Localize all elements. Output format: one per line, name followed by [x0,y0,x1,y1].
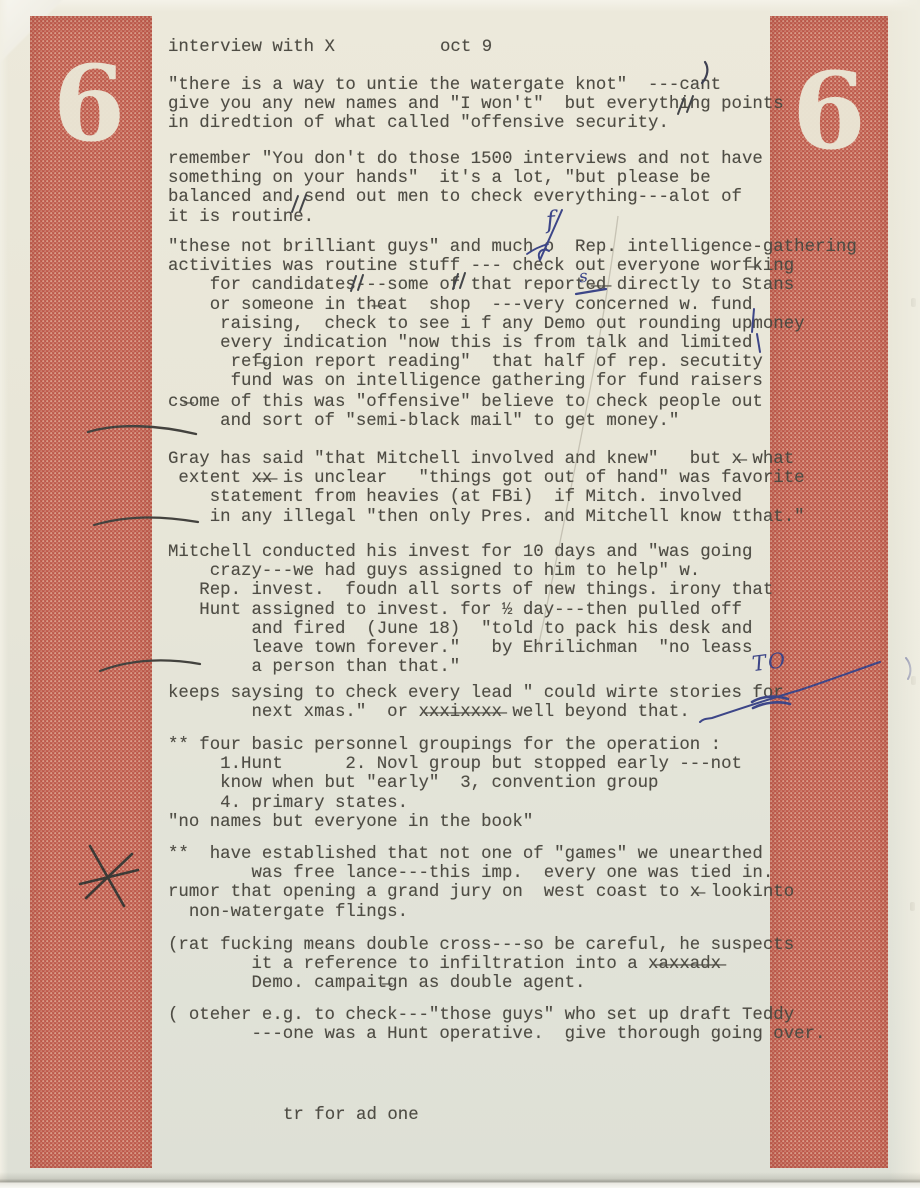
typed-line: or someone in th̶eat shop ---very concer… [168,296,857,315]
page-number-right: 6 [772,58,886,164]
typed-line: and sort of "semi-black mail" to get mon… [168,412,763,431]
typed-paragraph: Gray has said "that Mitchell involved an… [168,450,805,527]
typed-line: and fired (June 18) "told to pack his de… [168,620,773,639]
typed-line: 1.Hunt 2. Novl group but stopped early -… [168,755,742,774]
typed-line: balanced and send out men to check every… [168,188,763,207]
typed-paragraph: cs̶ome of this was "offensive" believe t… [168,393,763,431]
typed-line: Rep. invest. foudn all sorts of new thin… [168,581,773,600]
typed-paragraph: "these not brilliant guys" and much o Re… [168,238,857,392]
typed-line: Mitchell conducted his invest for 10 day… [168,543,773,562]
scanned-page: 6 6 interview with X oct 9 "there is a w… [0,0,920,1188]
typed-line: 4. primary states. [168,794,742,813]
typed-line: ( oteher e.g. to check---"those guys" wh… [168,1006,825,1025]
typed-line: rumor that opening a grand jury on west … [168,883,794,902]
typed-line: give you any new names and "I won't" but… [168,95,784,114]
right-red-band: 6 [770,16,888,1168]
typed-line: every indication "now this is from talk … [168,334,857,353]
typed-line: raising, check to see i f any Demo out r… [168,315,857,334]
typed-line: ref̶gion report reading" that half of re… [168,353,857,372]
typed-line: remember "You don't do those 1500 interv… [168,150,763,169]
paper-left-edge [0,0,8,1188]
typed-paragraph: ** four basic personnel groupings for th… [168,736,742,832]
typed-paragraph: ( oteher e.g. to check---"those guys" wh… [168,1006,825,1044]
typed-line: was free lance---this imp. every one was… [168,864,794,883]
typed-line: in diredtion of what called "offensive s… [168,114,784,133]
typed-paragraph: "there is a way to untie the watergate k… [168,76,784,134]
typed-line: a person than that." [168,658,773,677]
typed-line: ** have established that not one of "gam… [168,845,794,864]
typed-line: for candidates---some of that reporte̶d̶… [168,276,857,295]
left-red-band: 6 [30,16,152,1168]
typed-paragraph: ** have established that not one of "gam… [168,845,794,922]
typed-line: activities was routine stuff --- check o… [168,257,857,276]
typed-line: something on your hands" it's a lot, "bu… [168,169,763,188]
typed-line: it a reference to infiltration into a x̶… [168,955,794,974]
typed-line: non-watergate flings. [168,903,794,922]
typed-paragraph: keeps saysing to check every lead " coul… [168,684,784,722]
typed-line: next xmas." or x̶x̶x̶i̶x̶x̶x̶x̶ well bey… [168,703,784,722]
typed-line: ** four basic personnel groupings for th… [168,736,742,755]
typed-paragraph: remember "You don't do those 1500 interv… [168,150,763,227]
typed-line: it is routine. [168,208,763,227]
header-date: oct 9 [440,38,492,57]
typed-line: "there is a way to untie the watergate k… [168,76,784,95]
typed-line: leave town forever." by Ehrilichman "no … [168,639,773,658]
typed-line: "these not brilliant guys" and much o Re… [168,238,857,257]
typed-line: ---one was a Hunt operative. give thorou… [168,1025,825,1044]
typed-line: extent x̶x̶ is unclear "things got out o… [168,469,805,488]
typed-line: fund was on intelligence gathering for f… [168,372,857,391]
typed-line: crazy---we had guys assigned to him to h… [168,562,773,581]
typed-line: statement from heavies (at FBi) if Mitch… [168,488,805,507]
typed-line: Demo. campait̶gn as double agent. [168,974,794,993]
typed-line: know when but "early" 3, convention grou… [168,774,742,793]
header-title: interview with X [168,38,335,57]
paper-right-edge [890,0,920,1188]
typed-line: "no names but everyone in the book" [168,813,742,832]
page-number-left: 6 [30,52,148,156]
paper-bottom-edge [0,1172,920,1188]
typed-paragraph: (rat fucking means double cross---so be … [168,936,794,994]
typed-line: in any illegal "then only Pres. and Mitc… [168,508,805,527]
paper-top-edge [0,0,920,12]
typed-line: Hunt assigned to invest. for ½ day---the… [168,601,773,620]
typed-line: keeps saysing to check every lead " coul… [168,684,784,703]
footer-note: tr for ad one [283,1106,419,1125]
typed-line: cs̶ome of this was "offensive" believe t… [168,393,763,412]
typed-line: Gray has said "that Mitchell involved an… [168,450,805,469]
typed-paragraph: Mitchell conducted his invest for 10 day… [168,543,773,677]
typed-line: (rat fucking means double cross---so be … [168,936,794,955]
